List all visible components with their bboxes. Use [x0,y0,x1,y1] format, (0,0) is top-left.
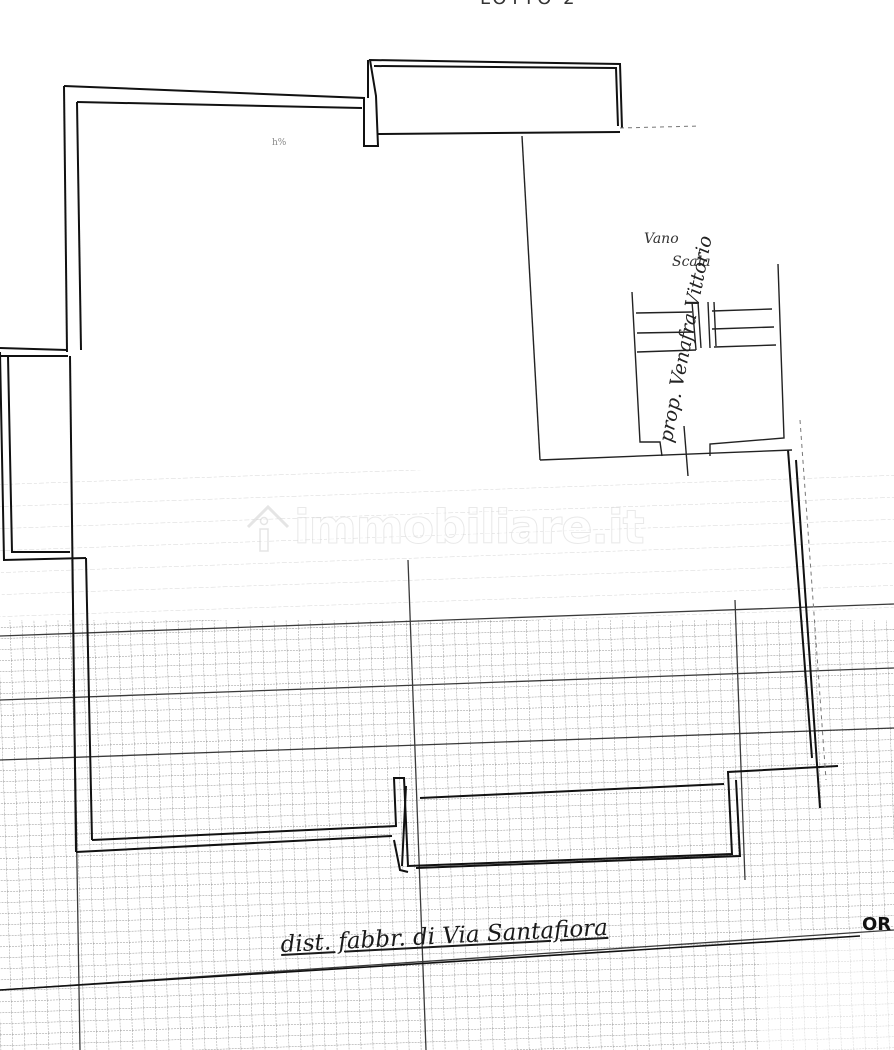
cut-off-edge-text: OR [862,914,891,935]
room-mark: h% [272,138,286,148]
house-icon [246,501,290,553]
watermark: immobiliare.it [246,500,644,554]
sheet-caption: LOTTO 2 [480,0,578,9]
graph-paper-grid [0,470,894,1050]
stair-label-vano: Vano [644,231,679,247]
watermark-text: immobiliare.it [294,500,644,554]
